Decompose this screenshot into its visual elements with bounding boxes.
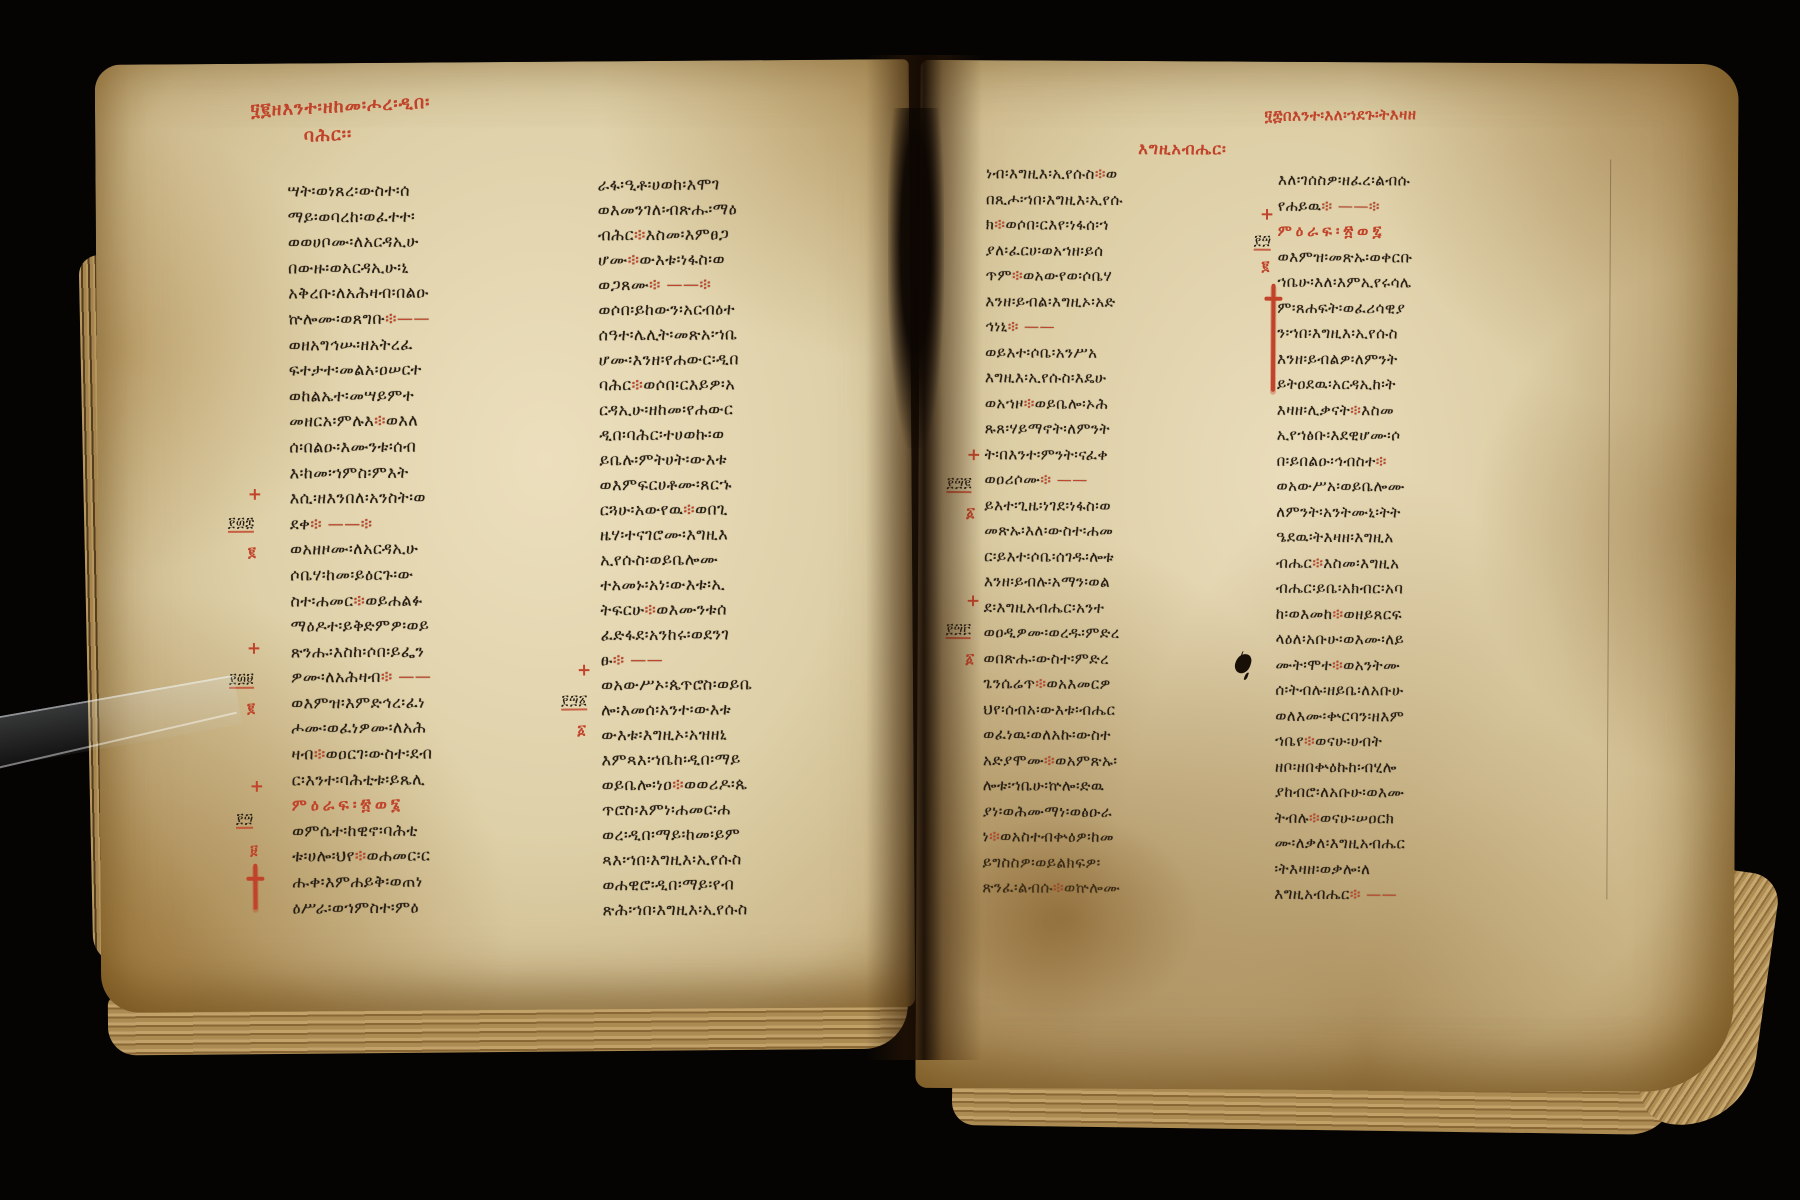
section-number: ፻፵ <box>1254 234 1271 251</box>
margin-cross-ornament <box>253 864 257 910</box>
section-number: ፻፵ <box>236 812 254 829</box>
canon-number: ፪ <box>247 702 255 716</box>
marginalia-left: +፻፴፰፪+፻፴፱፪+፻፵፱+፻፵፩፩ <box>95 59 916 1013</box>
margin-cross: + <box>577 663 591 677</box>
chapter-cross: + <box>1260 208 1274 222</box>
canon-number: ፱ <box>250 844 258 858</box>
canon-number: ፩ <box>577 723 586 737</box>
cross-arm <box>1264 297 1282 301</box>
margin-cross-ornament <box>1271 284 1276 392</box>
canon-number: ፪ <box>1262 260 1270 274</box>
section-number: ፻፵፩ <box>561 693 587 710</box>
marginalia-right: +፻፵፪፩+፻፵፫፩+፻፵፪ <box>915 60 1738 1092</box>
section-number: ፻፴፰ <box>228 516 255 533</box>
gutter-shadow <box>888 108 944 448</box>
cross-arm <box>246 877 264 881</box>
right-page: ፶፰በእንተ፡እለ፡ኀደጉ፡ትእዛዘ እግዚአብሔር፡ ነብ፡እግዚእ፡ኢየሱስ… <box>915 60 1738 1092</box>
canon-number: ፪ <box>248 546 256 560</box>
manuscript-photo: ፶፪ዘእንተ፡ዘከመ፡ሖረ፡ዲበ፡ ባሕር፡፡ ሣት፡ወነጸረ፡ውስተ፡ሰማይ፡… <box>0 0 1800 1200</box>
chapter-cross: + <box>250 780 264 794</box>
left-page: ፶፪ዘእንተ፡ዘከመ፡ሖረ፡ዲበ፡ ባሕር፡፡ ሣት፡ወነጸረ፡ውስተ፡ሰማይ፡… <box>95 59 916 1013</box>
margin-cross: + <box>247 642 261 656</box>
margin-cross: + <box>248 488 262 502</box>
